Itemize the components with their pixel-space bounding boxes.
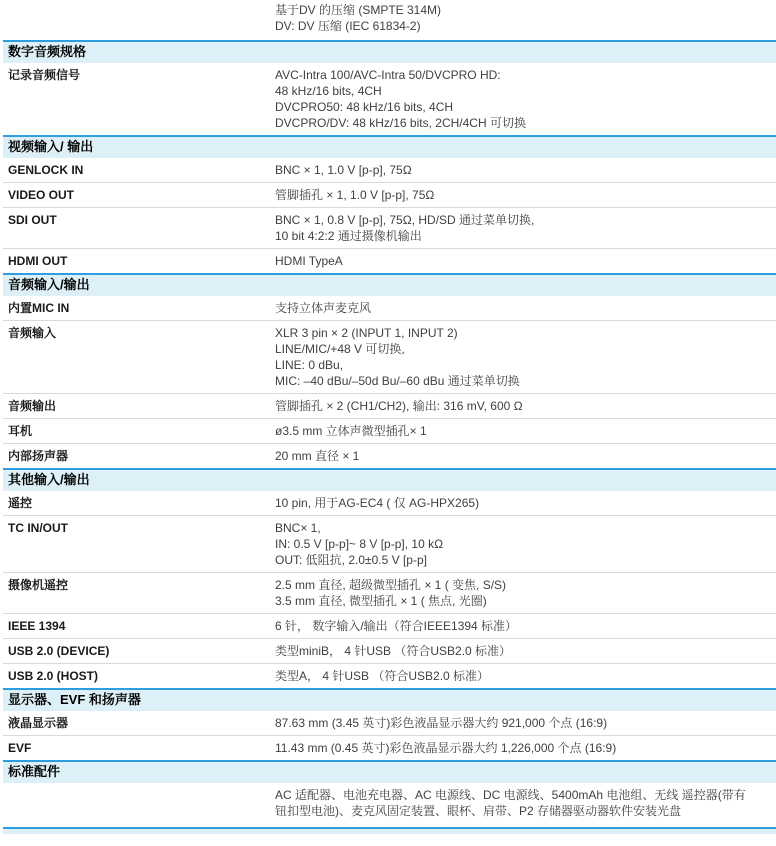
spec-section: 数字音频规格 记录音频信号 AVC-Intra 100/AVC-Intra 50… [3,40,776,135]
row-value: 6 针， 数字输入/输出（符合IEEE1394 标准） [275,618,776,634]
spec-row: 内置MIC IN 支持立体声麦克风 [3,296,776,320]
section-header: 视频输入/ 输出 [3,135,776,158]
row-label: 记录音频信号 [3,67,275,131]
spec-row: IEEE 1394 6 针， 数字输入/输出（符合IEEE1394 标准） [3,613,776,638]
row-label: 摄像机遥控 [3,577,275,609]
row-label [3,787,275,819]
row-label: 内部扬声器 [3,448,275,464]
value-line: HDMI TypeA [275,253,748,269]
spec-row: 液晶显示器 87.63 mm (3.45 英寸)彩色液晶显示器大约 921,00… [3,711,776,735]
spec-row: 耳机 ø3.5 mm 立体声微型插孔× 1 [3,418,776,443]
row-value: 10 pin, 用于AG-EC4 ( 仅 AG-HPX265) [275,495,776,511]
row-value: 类型A， 4 针USB （符合USB2.0 标准） [275,668,776,684]
spec-section: 显示器、EVF 和扬声器 液晶显示器 87.63 mm (3.45 英寸)彩色液… [3,688,776,760]
row-value: HDMI TypeA [275,253,776,269]
spec-row: 基于DV 的压缩 (SMPTE 314M)DV: DV 压缩 (IEC 6183… [3,2,776,38]
section-rows: AC 适配器、电池充电器、AC 电源线、DC 电源线、5400mAh 电池组、无… [3,783,776,823]
spec-row: 音频输出 管脚插孔 × 2 (CH1/CH2), 输出: 316 mV, 600… [3,393,776,418]
spec-section: 标准配件 AC 适配器、电池充电器、AC 电源线、DC 电源线、5400mAh … [3,760,776,823]
section-title: 视频输入/ 输出 [8,139,93,154]
row-value: AC 适配器、电池充电器、AC 电源线、DC 电源线、5400mAh 电池组、无… [275,787,776,819]
spec-row: USB 2.0 (DEVICE) 类型miniB， 4 针USB （符合USB2… [3,638,776,663]
value-line: LINE: 0 dBu, [275,357,748,373]
row-value: 11.43 mm (0.45 英寸)彩色液晶显示器大约 1,226,000 个点… [275,740,776,756]
row-label: IEEE 1394 [3,618,275,634]
value-line: 类型A， 4 针USB （符合USB2.0 标准） [275,668,748,684]
row-label: 耳机 [3,423,275,439]
value-line: AC 适配器、电池充电器、AC 电源线、DC 电源线、5400mAh 电池组、无… [275,787,748,819]
row-label: 内置MIC IN [3,300,275,316]
spec-row: 遥控 10 pin, 用于AG-EC4 ( 仅 AG-HPX265) [3,491,776,515]
section-rows: 液晶显示器 87.63 mm (3.45 英寸)彩色液晶显示器大约 921,00… [3,711,776,760]
row-value: 类型miniB， 4 针USB （符合USB2.0 标准） [275,643,776,659]
row-label [3,2,275,34]
value-line: BNC × 1, 0.8 V [p-p], 75Ω, HD/SD 通过菜单切换, [275,212,748,228]
row-label: VIDEO OUT [3,187,275,203]
section-header: 显示器、EVF 和扬声器 [3,688,776,711]
value-line: XLR 3 pin × 2 (INPUT 1, INPUT 2) [275,325,748,341]
section-title: 音频输入/输出 [8,277,90,292]
leading-rows: 基于DV 的压缩 (SMPTE 314M)DV: DV 压缩 (IEC 6183… [3,0,776,40]
spec-row: HDMI OUT HDMI TypeA [3,248,776,273]
row-label: EVF [3,740,275,756]
spec-row: GENLOCK IN BNC × 1, 1.0 V [p-p], 75Ω [3,158,776,182]
row-label: HDMI OUT [3,253,275,269]
row-label: GENLOCK IN [3,162,275,178]
section-header: 数字音频规格 [3,40,776,63]
row-value: 基于DV 的压缩 (SMPTE 314M)DV: DV 压缩 (IEC 6183… [275,2,776,34]
section-header: 标准配件 [3,760,776,783]
section-rows: 记录音频信号 AVC-Intra 100/AVC-Intra 50/DVCPRO… [3,63,776,135]
value-line: 48 kHz/16 bits, 4CH [275,83,748,99]
row-value: 87.63 mm (3.45 英寸)彩色液晶显示器大约 921,000 个点 (… [275,715,776,731]
row-value: XLR 3 pin × 2 (INPUT 1, INPUT 2)LINE/MIC… [275,325,776,389]
row-value: 管脚插孔 × 1, 1.0 V [p-p], 75Ω [275,187,776,203]
value-line: 20 mm 直径 × 1 [275,448,748,464]
spec-row: EVF 11.43 mm (0.45 英寸)彩色液晶显示器大约 1,226,00… [3,735,776,760]
spec-row: 内部扬声器 20 mm 直径 × 1 [3,443,776,468]
value-line: 10 pin, 用于AG-EC4 ( 仅 AG-HPX265) [275,495,748,511]
value-line: 支持立体声麦克风 [275,300,748,316]
value-line: DVCPRO/DV: 48 kHz/16 bits, 2CH/4CH 可切换 [275,115,748,131]
spec-row: 摄像机遥控 2.5 mm 直径, 超级微型插孔 × 1 ( 变焦, S/S)3.… [3,572,776,613]
spec-row: 音频输入 XLR 3 pin × 2 (INPUT 1, INPUT 2)LIN… [3,320,776,393]
section-title: 标准配件 [8,764,60,779]
spec-row: VIDEO OUT 管脚插孔 × 1, 1.0 V [p-p], 75Ω [3,182,776,207]
row-value: BNC × 1, 1.0 V [p-p], 75Ω [275,162,776,178]
row-value: AVC-Intra 100/AVC-Intra 50/DVCPRO HD:48 … [275,67,776,131]
value-line: OUT: 低阻抗, 2.0±0.5 V [p-p] [275,552,748,568]
row-value: 支持立体声麦克风 [275,300,776,316]
value-line: 87.63 mm (3.45 英寸)彩色液晶显示器大约 921,000 个点 (… [275,715,748,731]
value-line: BNC × 1, 1.0 V [p-p], 75Ω [275,162,748,178]
spec-row: AC 适配器、电池充电器、AC 电源线、DC 电源线、5400mAh 电池组、无… [3,783,776,823]
row-value: BNC× 1,IN: 0.5 V [p-p]~ 8 V [p-p], 10 kΩ… [275,520,776,568]
section-title: 显示器、EVF 和扬声器 [8,692,141,707]
section-title: 数字音频规格 [8,44,86,59]
section-title: 其他输入/输出 [8,472,90,487]
section-rows: GENLOCK IN BNC × 1, 1.0 V [p-p], 75Ω VID… [3,158,776,273]
value-line: AVC-Intra 100/AVC-Intra 50/DVCPRO HD: [275,67,748,83]
spec-row: 记录音频信号 AVC-Intra 100/AVC-Intra 50/DVCPRO… [3,63,776,135]
value-line: 6 针， 数字输入/输出（符合IEEE1394 标准） [275,618,748,634]
value-line: DVCPRO50: 48 kHz/16 bits, 4CH [275,99,748,115]
spec-section: 视频输入/ 输出 GENLOCK IN BNC × 1, 1.0 V [p-p]… [3,135,776,273]
row-label: 遥控 [3,495,275,511]
spec-table: 基于DV 的压缩 (SMPTE 314M)DV: DV 压缩 (IEC 6183… [3,0,776,834]
value-line: 管脚插孔 × 1, 1.0 V [p-p], 75Ω [275,187,748,203]
spec-row: SDI OUT BNC × 1, 0.8 V [p-p], 75Ω, HD/SD… [3,207,776,248]
value-line: DV: DV 压缩 (IEC 61834-2) [275,18,748,34]
value-line: IN: 0.5 V [p-p]~ 8 V [p-p], 10 kΩ [275,536,748,552]
row-label: 音频输入 [3,325,275,389]
value-line: MIC: –40 dBu/–50d Bu/–60 dBu 通过菜单切换 [275,373,748,389]
next-section-top-border [3,827,776,834]
value-line: 2.5 mm 直径, 超级微型插孔 × 1 ( 变焦, S/S) [275,577,748,593]
row-value: BNC × 1, 0.8 V [p-p], 75Ω, HD/SD 通过菜单切换,… [275,212,776,244]
section-header: 音频输入/输出 [3,273,776,296]
spec-section: 其他输入/输出 遥控 10 pin, 用于AG-EC4 ( 仅 AG-HPX26… [3,468,776,688]
section-header: 其他输入/输出 [3,468,776,491]
row-label: USB 2.0 (DEVICE) [3,643,275,659]
row-label: 液晶显示器 [3,715,275,731]
value-line: 类型miniB， 4 针USB （符合USB2.0 标准） [275,643,748,659]
row-value: 2.5 mm 直径, 超级微型插孔 × 1 ( 变焦, S/S)3.5 mm 直… [275,577,776,609]
section-rows: 遥控 10 pin, 用于AG-EC4 ( 仅 AG-HPX265) TC IN… [3,491,776,688]
value-line: BNC× 1, [275,520,748,536]
value-line: 3.5 mm 直径, 微型插孔 × 1 ( 焦点, 光圈) [275,593,748,609]
row-label: SDI OUT [3,212,275,244]
row-value: ø3.5 mm 立体声微型插孔× 1 [275,423,776,439]
row-label: TC IN/OUT [3,520,275,568]
value-line: LINE/MIC/+48 V 可切换, [275,341,748,357]
row-label: 音频输出 [3,398,275,414]
spec-section: 音频输入/输出 内置MIC IN 支持立体声麦克风 音频输入 XLR 3 pin… [3,273,776,468]
spec-row: USB 2.0 (HOST) 类型A， 4 针USB （符合USB2.0 标准） [3,663,776,688]
spec-row: TC IN/OUT BNC× 1,IN: 0.5 V [p-p]~ 8 V [p… [3,515,776,572]
value-line: 基于DV 的压缩 (SMPTE 314M) [275,2,748,18]
value-line: 10 bit 4:2:2 通过摄像机输出 [275,228,748,244]
value-line: 11.43 mm (0.45 英寸)彩色液晶显示器大约 1,226,000 个点… [275,740,748,756]
row-value: 管脚插孔 × 2 (CH1/CH2), 输出: 316 mV, 600 Ω [275,398,776,414]
value-line: ø3.5 mm 立体声微型插孔× 1 [275,423,748,439]
row-label: USB 2.0 (HOST) [3,668,275,684]
row-value: 20 mm 直径 × 1 [275,448,776,464]
section-rows: 内置MIC IN 支持立体声麦克风 音频输入 XLR 3 pin × 2 (IN… [3,296,776,468]
value-line: 管脚插孔 × 2 (CH1/CH2), 输出: 316 mV, 600 Ω [275,398,748,414]
